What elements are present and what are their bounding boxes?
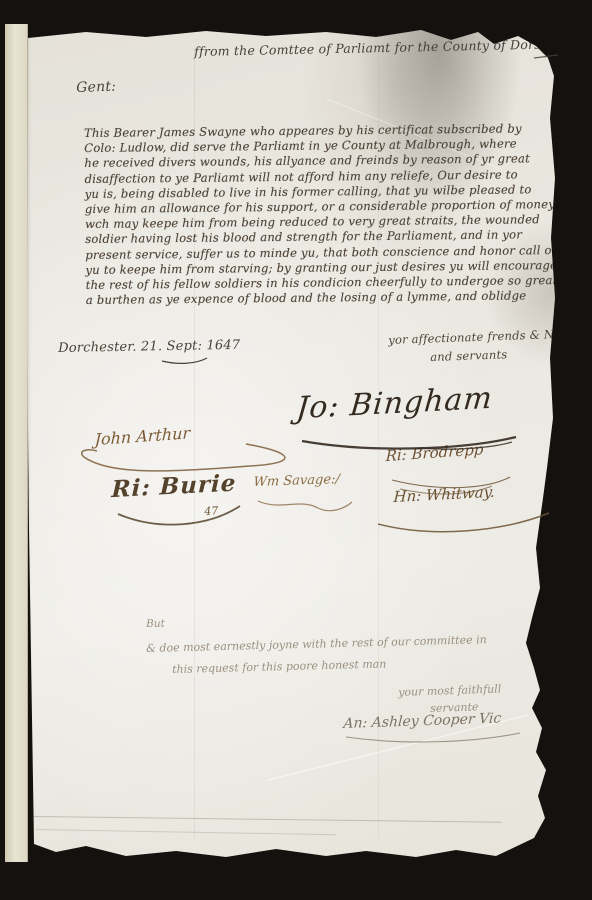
closing-line: and servants (430, 347, 508, 364)
signature-john-arthur: John Arthur (94, 423, 190, 449)
dateline: Dorchester. 21. Sept: 1647 (58, 338, 240, 356)
postscript-closing: your most faithfull (398, 682, 502, 699)
closing-line: yor affectionate frends & Neighbours (388, 325, 592, 347)
postscript-line: this request for this poore honest man (172, 657, 387, 676)
signature-jo-bingham: Jo: Bingham (295, 381, 494, 426)
burie-paraph-mark: 47 (204, 504, 219, 518)
crease-line (32, 816, 502, 823)
postscript-note-word: But (146, 618, 165, 630)
book-page-edge (5, 24, 28, 862)
photograph-canvas: ffrom the Comttee of Parliamt for the Co… (0, 0, 592, 900)
manuscript-sheet: ffrom the Comttee of Parliamt for the Co… (26, 28, 556, 860)
signature-hn-whitway: Hn: Whitway. (393, 483, 495, 506)
signature-wm-savage: Wm Savage:/ (253, 472, 340, 490)
signature-ri-brodrepp: Ri: Brodrepp (385, 440, 483, 465)
letter-heading: ffrom the Comttee of Parliamt for the Co… (194, 36, 576, 59)
crease-line (36, 829, 336, 835)
letter-body: This Bearer James Swayne who appeares by… (84, 121, 560, 308)
signature-ri-burie: Ri: Burie (111, 469, 237, 503)
signature-ashley-cooper: An: Ashley Cooper Vic (343, 710, 502, 732)
postscript-line: & doe most earnestly joyne with the rest… (146, 633, 487, 655)
salutation: Gent: (76, 79, 116, 96)
